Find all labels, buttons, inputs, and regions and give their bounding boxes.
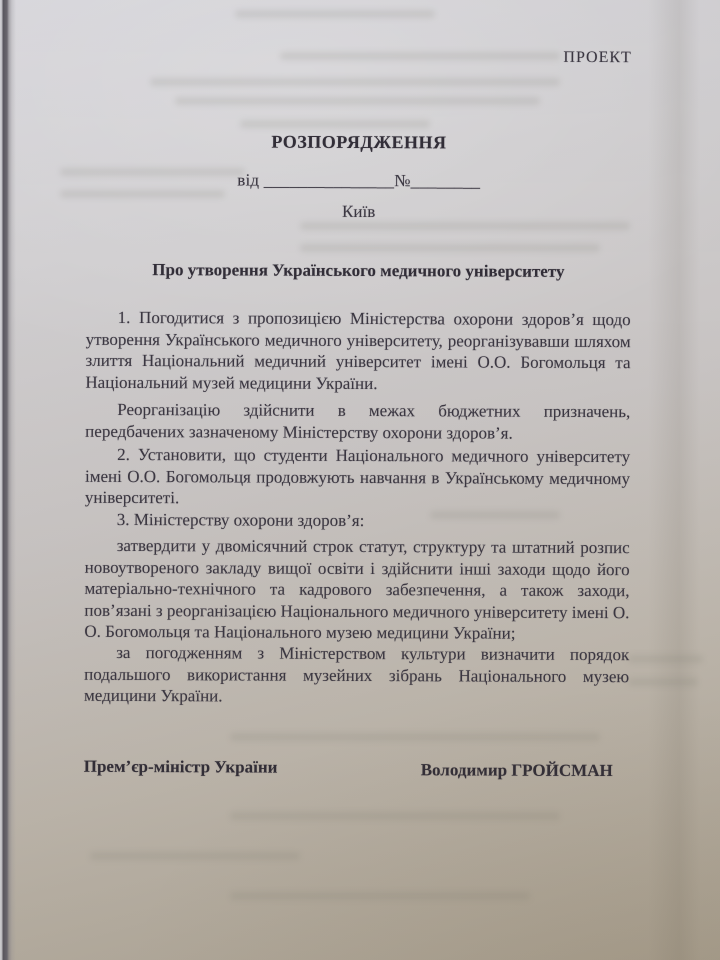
paragraph-3: 2. Установити, що студенти Національного…	[85, 444, 630, 511]
paragraph-2: Реорганізацію здійснити в межах бюджетни…	[85, 399, 630, 444]
draft-stamp: ПРОЕКТ	[87, 47, 632, 67]
signatory-position: Прем’єр-міністр України	[84, 757, 278, 778]
document-title: Про утворення Українського медичного уні…	[86, 260, 631, 282]
document-photo: ПРОЕКТ РОЗПОРЯДЖЕННЯ від _______________…	[0, 0, 720, 960]
paragraph-6: за погодженням з Міністерством культури …	[84, 642, 629, 709]
paragraph-5: затвердити у двомісячний строк статут, с…	[84, 535, 629, 645]
date-number-line: від _______________№________	[86, 170, 631, 192]
paragraph-4: 3. Міністерству охорони здоров’я:	[85, 509, 630, 533]
document-page: ПРОЕКТ РОЗПОРЯДЖЕННЯ від _______________…	[0, 0, 720, 960]
signatory-name: Володимир ГРОЙСМАН	[421, 760, 613, 781]
paragraph-1: 1. Погодитися з пропозицією Міністерства…	[85, 307, 630, 395]
document-type-heading: РОЗПОРЯДЖЕННЯ	[86, 131, 631, 154]
city-line: Київ	[86, 201, 631, 223]
signature-block: Прем’єр-міністр України Володимир ГРОЙСМ…	[84, 757, 629, 779]
